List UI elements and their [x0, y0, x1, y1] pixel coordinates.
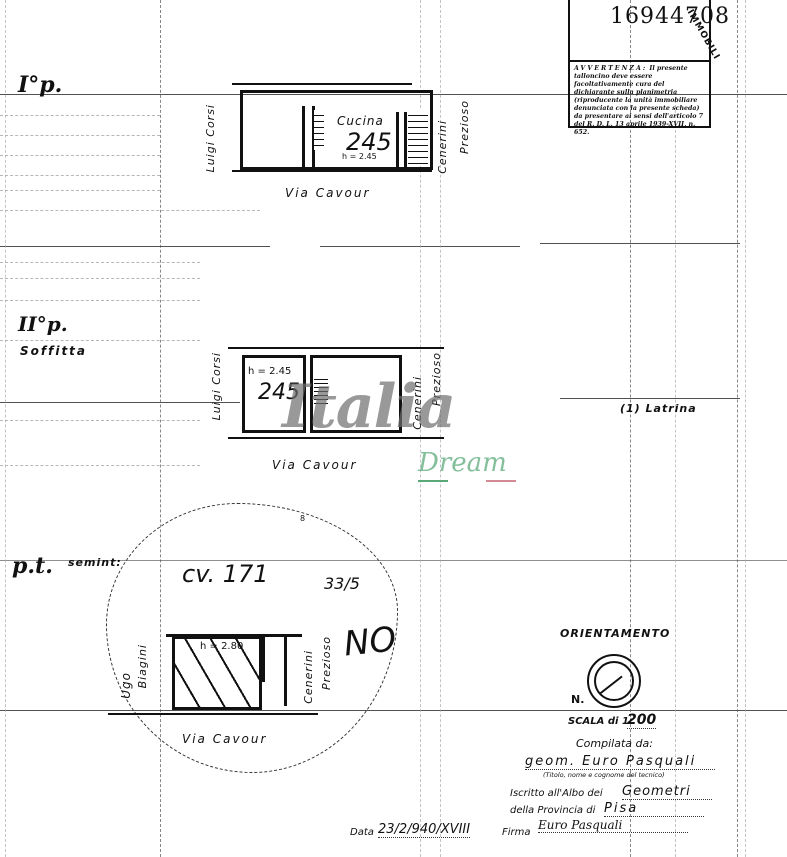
compass-icon: [587, 654, 641, 708]
neighbor-right: Cenerini: [302, 650, 315, 704]
scale-value: 200: [627, 712, 656, 729]
registration-number: 16944708: [610, 4, 730, 29]
fraction-mark: 33/5: [324, 574, 360, 593]
ceiling-height: h = 2.45: [342, 152, 377, 161]
street-label: Via Cavour: [272, 458, 357, 472]
neighbor-left: Luigi Corsi: [210, 352, 223, 420]
floor-label: p.t.: [12, 553, 53, 579]
compiler-name-caption: (Titolo, nome e cognome del tecnico): [543, 771, 665, 779]
small-mark: 8: [300, 514, 305, 523]
neighbor-right: Cenerini: [436, 120, 449, 174]
neighbor-right-2: Prezioso: [458, 100, 471, 154]
ceiling-height: h = 2.80: [200, 641, 243, 652]
compiler-name: geom. Euro Pasquali: [525, 754, 715, 770]
province-value: Pisa: [604, 801, 704, 817]
registration-stamp: 16944708 IMMOBILI AVVERTENZA: Il present…: [568, 0, 711, 128]
no-mark: NO: [342, 619, 398, 664]
legend-latrina: (1) Latrina: [620, 402, 697, 415]
warning-box: AVVERTENZA: Il presente talloncino deve …: [570, 60, 710, 126]
staircase: [408, 110, 428, 166]
watermark-dream: Dream: [418, 448, 507, 478]
room-label: Cucina: [337, 114, 384, 128]
flag-stripe-green: [418, 480, 448, 482]
neighbor-left: Ugo: [119, 672, 133, 699]
signature-label: Firma: [502, 827, 531, 838]
province-label: della Provincia di: [510, 805, 595, 816]
floor-subtitle: Soffitta: [20, 344, 87, 358]
floor-subtitle: semint:: [68, 556, 122, 569]
albo-label: Iscritto all'Albo dei: [510, 788, 603, 799]
handwritten-cv: cv. 171: [182, 560, 269, 588]
neighbor-left-2: Biagini: [136, 644, 149, 688]
watermark-italia: Italia: [282, 372, 455, 442]
compiled-by-label: Compilata da:: [576, 737, 653, 750]
floor-label: II°p.: [18, 312, 68, 336]
date-label: Data: [350, 827, 374, 838]
street-label: Via Cavour: [182, 732, 267, 746]
signature: Euro Pasquali: [538, 818, 688, 833]
date-value: 23/2/940/XVIII: [378, 822, 470, 838]
warning-title: AVVERTENZA:: [574, 65, 647, 72]
neighbor-right-2: Prezioso: [320, 636, 333, 690]
neighbor-left: Luigi Corsi: [204, 104, 217, 172]
warning-text: Il presente talloncino deve essere facol…: [574, 65, 703, 136]
street-label: Via Cavour: [285, 186, 370, 200]
floor-label: I°p.: [18, 72, 62, 98]
scale-label: SCALA di 1:: [568, 716, 633, 727]
orientation-title: ORIENTAMENTO: [560, 627, 670, 640]
flag-stripe-red: [486, 480, 516, 482]
north-label: N.: [571, 693, 584, 706]
staircase: [314, 110, 324, 150]
albo-value: Geometri: [622, 784, 712, 800]
